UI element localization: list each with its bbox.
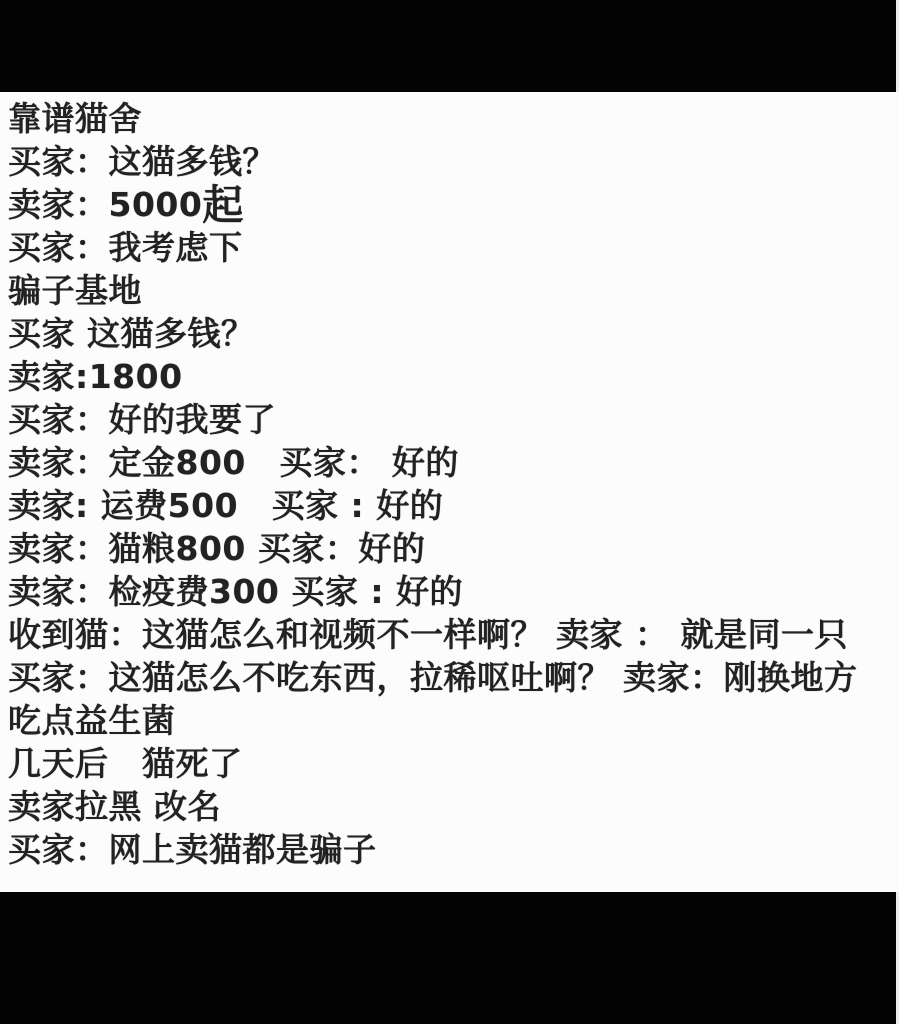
meme-line-cat-food: 卖家：猫粮800 买家：好的 xyxy=(8,527,895,570)
meme-line-cat-sick: 买家：这猫怎么不吃东西，拉稀呕吐啊？ 卖家：刚换地方 xyxy=(8,656,895,699)
meme-line-buyer-consider: 买家：我考虑下 xyxy=(8,226,895,269)
meme-line-quarantine-fee: 卖家：检疫费300 买家 : 好的 xyxy=(8,570,895,613)
meme-line-shipping: 卖家: 运费500 买家 : 好的 xyxy=(8,484,895,527)
meme-line-buyer-ask-price: 买家：这猫多钱？ xyxy=(8,140,895,183)
video-frame: 靠谱猫舍 买家：这猫多钱？ 卖家：5000起 买家：我考虑下 骗子基地 买家 这… xyxy=(0,0,899,1024)
meme-line-seller-price: 卖家：5000起 xyxy=(8,183,895,226)
meme-line-seller-blocked: 卖家拉黑 改名 xyxy=(8,785,895,828)
meme-line-deposit: 卖家：定金800 买家： 好的 xyxy=(8,441,895,484)
meme-line-cattery-title: 靠谱猫舍 xyxy=(8,97,895,140)
meme-line-buyer-accept: 买家：好的我要了 xyxy=(8,398,895,441)
seller-price-text: 卖家：5000 xyxy=(8,185,202,224)
meme-line-buyer-conclusion: 买家：网上卖猫都是骗子 xyxy=(8,828,895,871)
meme-text-area: 靠谱猫舍 买家：这猫多钱？ 卖家：5000起 买家：我考虑下 骗子基地 买家 这… xyxy=(0,92,899,892)
meme-line-scammer-title: 骗子基地 xyxy=(8,269,895,312)
meme-line-received-cat: 收到猫：这猫怎么和视频不一样啊？ 卖家 ： 就是同一只 xyxy=(8,613,895,656)
letterbox-top xyxy=(0,0,896,92)
meme-line-probiotics: 吃点益生菌 xyxy=(8,699,895,742)
meme-line-cat-died: 几天后 猫死了 xyxy=(8,742,895,785)
meme-line-buyer-ask-price-2: 买家 这猫多钱？ xyxy=(8,312,895,355)
meme-line-seller-price-2: 卖家:1800 xyxy=(8,355,895,398)
letterbox-bottom xyxy=(0,892,896,1024)
seller-price-suffix: 起 xyxy=(202,181,244,229)
